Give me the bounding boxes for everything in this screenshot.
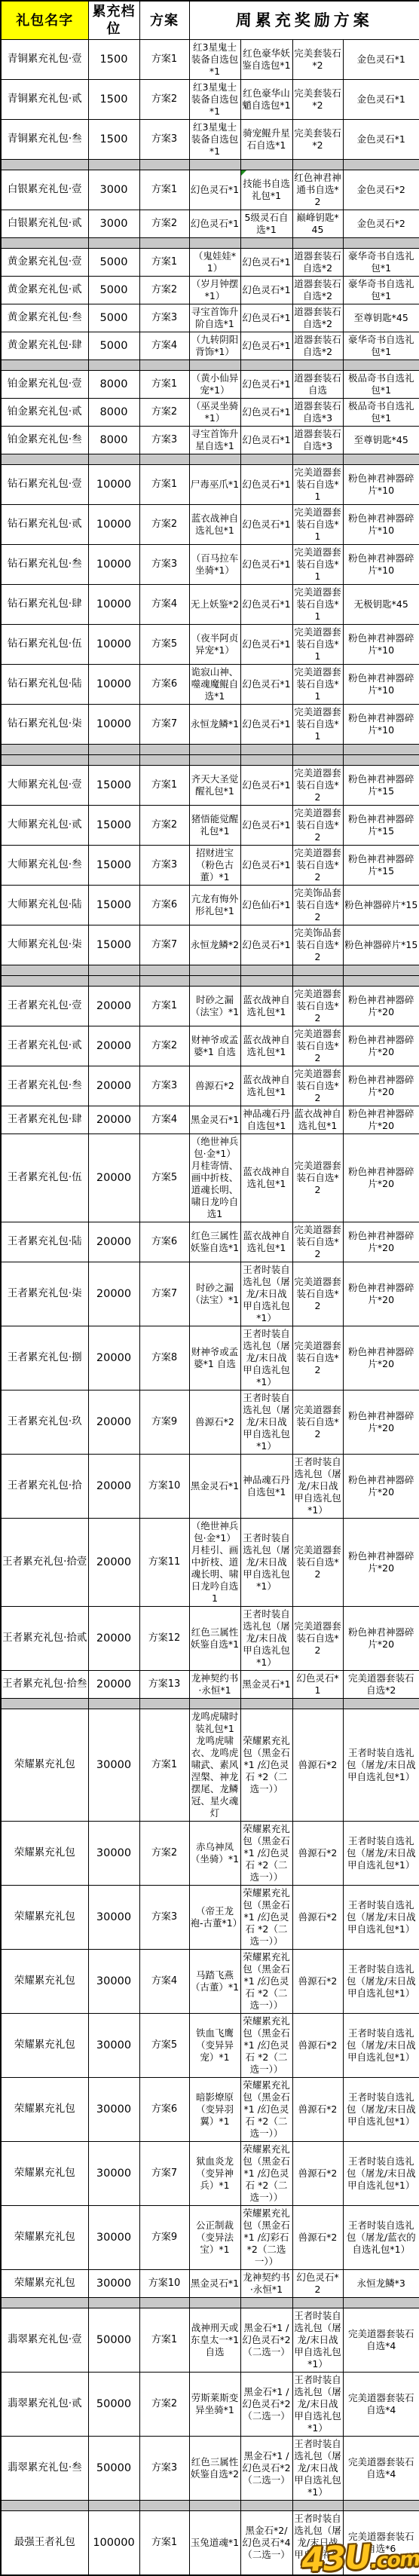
- reward-cell: 巅峰钥匙*45: [292, 210, 343, 238]
- separator-row: [1, 360, 419, 371]
- reward-cell: 蓝衣战神自选礼包*1: [240, 1134, 292, 1222]
- pack-name-cell: 黄金累充礼包·贰: [1, 277, 88, 304]
- reward-cell: 战神刑天或东皇太一*1 自选: [189, 2308, 240, 2373]
- pack-name-cell: 王者累充礼包·捌: [1, 1326, 88, 1390]
- pack-name-cell: 王者累充礼包·伍: [1, 1134, 88, 1222]
- separator-cell: [240, 745, 292, 755]
- separator-cell: [343, 1699, 419, 1709]
- reward-cell: 完美道器套装石自选*2: [292, 1066, 343, 1106]
- plan-cell: 方案7: [139, 705, 189, 745]
- reward-cell: 无上妖鉴*2: [189, 585, 240, 625]
- separator-row: [1, 2298, 419, 2308]
- reward-cell: 红色三属性妖鉴自选*1: [189, 1607, 240, 1671]
- separator-cell: [1, 454, 88, 465]
- reward-cell: 时砂之漏（法宝）*1: [189, 1262, 240, 1326]
- table-row: 王者累充礼包·壹20000方案1时砂之漏（法宝）*1蓝衣战神自选礼包*1完美道器…: [1, 987, 419, 1026]
- reward-cell: 粉色神君神器碎片*20: [343, 987, 419, 1026]
- reward-cell: 兽源石*2: [189, 1390, 240, 1455]
- reward-cell: 赤乌神凤（坐骑）*1: [189, 1822, 240, 1886]
- tier-cell: 30000: [88, 2270, 139, 2298]
- reward-cell: 红色三属性妖鉴自选*1: [189, 1222, 240, 1262]
- reward-cell: 永恒龙鳞*3: [343, 2270, 419, 2298]
- reward-cell: 幻色灵石*1: [240, 625, 292, 665]
- reward-cell: 蓝衣战神自选礼包*1: [240, 1222, 292, 1262]
- reward-cell: 荣耀累充礼包（黑金石*1 /幻色灵石 *2（二选一））: [240, 1709, 292, 1822]
- reward-cell: 完美道器套装石自选*2: [292, 1326, 343, 1390]
- separator-cell: [240, 1699, 292, 1709]
- table-row: 荣耀累充礼包30000方案4马踏飞燕（古董）*1荣耀累充礼包（黑金石*1 /幻色…: [1, 1950, 419, 2014]
- separator-cell: [343, 2298, 419, 2308]
- separator-cell: [1, 2501, 88, 2511]
- separator-cell: [343, 965, 419, 976]
- tier-cell: 20000: [88, 1519, 139, 1607]
- pack-name-cell: 荣耀累充礼包: [1, 1886, 88, 1950]
- reward-cell: 道器套装石自选*2: [292, 249, 343, 277]
- separator-cell: [189, 965, 240, 976]
- pack-name-cell: 荣耀累充礼包: [1, 2206, 88, 2270]
- plan-cell: 方案3: [139, 2437, 189, 2501]
- tier-cell: 20000: [88, 1026, 139, 1066]
- reward-cell: 红3星鬼士装备自选包*1: [189, 80, 240, 120]
- plan-cell: 方案8: [139, 1326, 189, 1390]
- pack-name-cell: 钻石累充礼包·柒: [1, 705, 88, 745]
- reward-cell: 金色灵石*2: [343, 210, 419, 238]
- table-row: 钻石累充礼包·肆10000方案4无上妖鉴*2幻色灵石*1完美道器套装石自选*1无…: [1, 585, 419, 625]
- separator-cell: [343, 238, 419, 249]
- reward-cell: 粉色神君神器碎片*10: [343, 625, 419, 665]
- reward-cell: 兽源石*2: [292, 2142, 343, 2206]
- pack-name-cell: 荣耀累充礼包: [1, 1822, 88, 1886]
- tier-cell: 20000: [88, 1671, 139, 1699]
- pack-name-cell: 铂金累充礼包·叁: [1, 427, 88, 454]
- separator-cell: [240, 360, 292, 371]
- tier-cell: 15000: [88, 925, 139, 965]
- separator-cell: [88, 976, 139, 987]
- reward-cell: 兽源石*2: [189, 1066, 240, 1106]
- reward-cell: 王者时装自选礼包（屠龙/末日战甲自选礼包*1）: [292, 2373, 343, 2437]
- plan-cell: 方案12: [139, 1607, 189, 1671]
- plan-cell: 方案4: [139, 585, 189, 625]
- reward-cell: 完美道器套装石自选*4: [343, 2308, 419, 2373]
- reward-cell: 幻色灵石*1: [240, 399, 292, 427]
- reward-cell: 幻色灵石*1: [189, 210, 240, 238]
- reward-cell: 王者时装自选礼包（屠龙/末日战甲自选礼包*1）: [343, 2014, 419, 2078]
- plan-cell: 方案10: [139, 1455, 189, 1519]
- plan-cell: 方案1: [139, 170, 189, 210]
- reward-cell: 兽源石*2: [292, 1709, 343, 1822]
- reward-cell: 粉色神君神器碎片*10: [343, 465, 419, 505]
- table-row: 最强王者礼包100000方案1玉兔道魂*1黑金石*2/幻色灵石*4（二选一）王者…: [1, 2511, 419, 2576]
- pack-name-cell: 翡翠累充礼包·贰: [1, 2373, 88, 2437]
- tier-cell: 8000: [88, 399, 139, 427]
- reward-cell: 荣耀累充礼包（黑金石*1 /幻色灵石 *2（二选一））: [240, 1886, 292, 1950]
- separator-cell: [139, 976, 189, 987]
- separator-cell: [240, 160, 292, 170]
- header-reward-plan: 周累充奖励方案: [189, 1, 419, 40]
- reward-cell: 王者时装自选礼包（屠龙/末日战甲自选礼包*1）: [292, 1455, 343, 1519]
- reward-cell: 完美道器套装石自选*2: [292, 806, 343, 846]
- table-row: 钻石累充礼包·叁10000方案3（百马拉车坐骑*1）幻色灵石*1完美道器套装石自…: [1, 545, 419, 585]
- pack-name-cell: 铂金累充礼包·贰: [1, 399, 88, 427]
- tier-cell: 100000: [88, 2511, 139, 2576]
- reward-cell: 道器套装石自选: [292, 371, 343, 399]
- reward-cell: 幻色灵石*2: [292, 2270, 343, 2298]
- separator-cell: [139, 160, 189, 170]
- tier-cell: 30000: [88, 1886, 139, 1950]
- reward-cell: 幻色灵石*1: [240, 465, 292, 505]
- reward-cell: （黄小仙异宠*1）: [189, 371, 240, 399]
- table-row: 钻石累充礼包·贰10000方案2蓝衣战神自选礼包*1幻色灵石*1完美道器套装石自…: [1, 505, 419, 545]
- reward-cell: （鬼娃娃*1）: [189, 249, 240, 277]
- table-row: 大师累充礼包·陆15000方案6亢龙有悔外形礼包*1幻色仙石*1完美饰品套装石自…: [1, 886, 419, 925]
- table-row: 王者累充礼包·叁20000方案3兽源石*2蓝衣战神自选礼包*1完美道器套装石自选…: [1, 1066, 419, 1106]
- separator-row: [1, 160, 419, 170]
- reward-cell: 极品奇书自选礼包*1: [343, 371, 419, 399]
- tier-cell: 8000: [88, 427, 139, 454]
- reward-cell: 粉色神君神器碎片*20: [343, 1607, 419, 1671]
- reward-cell: 龙神契约书·永恒*1: [240, 2270, 292, 2298]
- tier-cell: 50000: [88, 2373, 139, 2437]
- separator-cell: [343, 360, 419, 371]
- separator-cell: [1, 2298, 88, 2308]
- reward-cell: 荣耀累充礼包（黑金石*1 /幻色灵石 *2（二选一））: [240, 1822, 292, 1886]
- table-row: 大师累充礼包·叁15000方案3招财进宝（粉色古董）*1幻色灵石*1完美道器套装…: [1, 846, 419, 886]
- reward-cell: 粉色神君神器碎片*20: [343, 1106, 419, 1134]
- reward-cell: 完美道器套装石自选*1: [292, 665, 343, 705]
- table-row: 青铜累充礼包·贰1500方案2红3星鬼士装备自选包*1红色豪华山魈自选包*1完美…: [1, 80, 419, 120]
- reward-cell: 完美道器套装石自选*2: [292, 1026, 343, 1066]
- reward-cell: 黑金石*2/幻色灵石*4（二选一）: [240, 2511, 292, 2576]
- reward-cell: 兽源石*2: [292, 1822, 343, 1886]
- separator-row: [1, 976, 419, 987]
- table-row: 大师累充礼包·贰15000方案2猪悟能觉醒礼包*1幻色灵石*1完美道器套装石自选…: [1, 806, 419, 846]
- tier-cell: 10000: [88, 625, 139, 665]
- reward-cell: 完美道器套装石自选*1: [292, 465, 343, 505]
- reward-cell: 完美道器套装石自选*2: [292, 1390, 343, 1455]
- plan-cell: 方案2: [139, 1822, 189, 1886]
- reward-cell: 幻色灵石*1: [240, 806, 292, 846]
- pack-name-cell: 王者累充礼包·拾叁: [1, 1671, 88, 1699]
- table-row: 青铜累充礼包·叁1500方案3红3星鬼士装备自选包*1骑宠鲲升星石自选*1完美套…: [1, 120, 419, 160]
- pack-name-cell: 荣耀累充礼包: [1, 2142, 88, 2206]
- reward-cell: 王者时装自选礼包（屠龙/末日战甲自选礼包*1）: [240, 1390, 292, 1455]
- separator-cell: [240, 454, 292, 465]
- table-row: 荣耀累充礼包30000方案1龙鸣虎啸时装礼包*1 龙鸣虎啸衣、龙鸣虎啸武、素风涅…: [1, 1709, 419, 1822]
- reward-cell: 王者时装自选礼包（屠龙/末日战甲自选礼包*1）: [292, 2511, 343, 2576]
- separator-cell: [88, 2501, 139, 2511]
- table-row: 钻石累充礼包·柒10000方案7永恒龙鳞*1幻色灵石*1完美道器套装石自选*1粉…: [1, 705, 419, 745]
- reward-cell: 兽源石*2: [292, 2206, 343, 2270]
- reward-cell: 幻色灵石*1: [240, 925, 292, 965]
- separator-cell: [292, 976, 343, 987]
- reward-cell: 粉色神君神器碎片*20: [343, 1455, 419, 1519]
- table-row: 王者累充礼包·柒20000方案7时砂之漏（法宝）*1王者时装自选礼包（屠龙/末日…: [1, 1262, 419, 1326]
- plan-cell: 方案7: [139, 1262, 189, 1326]
- reward-cell: 公正制裁（变异法宝）*1: [189, 2206, 240, 2270]
- reward-cell: 红色豪华妖鉴自选包*1: [240, 40, 292, 80]
- reward-cell: 王者时装自选礼包（屠龙/末日战甲自选礼包*1）: [343, 1822, 419, 1886]
- reward-cell: 完美道器套装石自选*1: [292, 505, 343, 545]
- separator-cell: [139, 755, 189, 766]
- separator-cell: [343, 2501, 419, 2511]
- reward-cell: 幻色灵石*1: [240, 585, 292, 625]
- separator-cell: [189, 976, 240, 987]
- plan-cell: 方案4: [139, 1950, 189, 2014]
- table-row: 大师累充礼包·壹15000方案1齐天大圣觉醒礼包*1幻色灵石*1完美道器套装石自…: [1, 766, 419, 806]
- reward-cell: 至尊钥匙*45: [343, 427, 419, 454]
- table-row: 荣耀累充礼包30000方案7狱血炎龙（变异神兵）*1荣耀累充礼包（黑金石*1 /…: [1, 2142, 419, 2206]
- pack-name-cell: 王者累充礼包·拾: [1, 1455, 88, 1519]
- reward-cell: （绝世神兵包·金*1）月桂寄情、画中折枝、道魂长明、啸日龙吟自选1: [189, 1134, 240, 1222]
- separator-cell: [292, 2501, 343, 2511]
- reward-cell: 完美饰品套装石自选*2: [292, 886, 343, 925]
- table-body: 青铜累充礼包·壹1500方案1红3星鬼士装备自选包*1红色豪华妖鉴自选包*1完美…: [1, 40, 419, 2576]
- reward-cell: 粉色神君神器碎片*20: [343, 1066, 419, 1106]
- table-row: 荣耀累充礼包30000方案9公正制裁（变异法宝）*1荣耀累充礼包（黑金石*1 /…: [1, 2206, 419, 2270]
- reward-cell: 招财进宝（粉色古董）*1: [189, 846, 240, 886]
- reward-cell: 粉色神君神器碎片*15: [343, 806, 419, 846]
- reward-cell: 粉色神君神器碎片*15: [343, 846, 419, 886]
- tier-cell: 3000: [88, 170, 139, 210]
- separator-cell: [139, 1699, 189, 1709]
- tier-cell: 20000: [88, 1106, 139, 1134]
- pack-name-cell: 王者累充礼包·壹: [1, 987, 88, 1026]
- separator-cell: [1, 976, 88, 987]
- tier-cell: 15000: [88, 766, 139, 806]
- reward-cell: 兽源石*2: [292, 2078, 343, 2142]
- tier-cell: 30000: [88, 2206, 139, 2270]
- reward-cell: 荣耀累充礼包（黑金石*1 /幻色灵石 *2（二选一））: [240, 1950, 292, 2014]
- reward-cell: 荣耀累充礼包（黑金石*1 /幻彩石*2（二选一））: [240, 2206, 292, 2270]
- separator-cell: [139, 454, 189, 465]
- table-row: 王者累充礼包·拾壹20000方案11（绝世神兵包·金*1）月桂引、画中折枝、道魂…: [1, 1519, 419, 1607]
- reward-cell: 金色灵石*2: [343, 170, 419, 210]
- separator-cell: [292, 745, 343, 755]
- reward-cell: 马踏飞燕（古董）*1: [189, 1950, 240, 2014]
- tier-cell: 50000: [88, 2308, 139, 2373]
- header-pack-name: 礼包名字: [1, 1, 88, 40]
- separator-cell: [292, 238, 343, 249]
- separator-cell: [1, 160, 88, 170]
- tier-cell: 10000: [88, 585, 139, 625]
- reward-cell: 王者时装自选礼包（屠龙/末日战甲自选礼包*1）: [292, 2437, 343, 2501]
- pack-name-cell: 青铜累充礼包·叁: [1, 120, 88, 160]
- reward-cell: 王者时装自选礼包（屠龙/末日战甲自选礼包*1）: [343, 1886, 419, 1950]
- pack-name-cell: 荣耀累充礼包: [1, 2270, 88, 2298]
- reward-cell: 红3星鬼士装备自选包*1: [189, 40, 240, 80]
- reward-cell: 完美套装石*2: [292, 120, 343, 160]
- reward-cell: （帝王龙袍-古董*1）: [189, 1886, 240, 1950]
- reward-cell: 完美道器套装石自选*4: [343, 2373, 419, 2437]
- pack-name-cell: 钻石累充礼包·陆: [1, 665, 88, 705]
- reward-cell: 劳斯莱斯变异坐骑*1: [189, 2373, 240, 2437]
- separator-row: [1, 965, 419, 976]
- plan-cell: 方案1: [139, 2511, 189, 2576]
- tier-cell: 30000: [88, 2078, 139, 2142]
- reward-cell: 金色灵石*1: [343, 40, 419, 80]
- reward-cell: 蓝衣战神自选礼包*1: [189, 505, 240, 545]
- separator-cell: [292, 965, 343, 976]
- reward-cell: 蓝衣战神自选礼包*1: [240, 1066, 292, 1106]
- table-row: 荣耀累充礼包30000方案2赤乌神凤（坐骑）*1荣耀累充礼包（黑金石*1 /幻色…: [1, 1822, 419, 1886]
- pack-name-cell: 荣耀累充礼包: [1, 1950, 88, 2014]
- table-row: 荣耀累充礼包30000方案3（帝王龙袍-古董*1）荣耀累充礼包（黑金石*1 /幻…: [1, 1886, 419, 1950]
- table-row: 翡翠累充礼包·叁50000方案3红色三属性妖鉴自选*2黑金石*1 / 幻色灵石*…: [1, 2437, 419, 2501]
- reward-cell: 粉色神君神器碎片*20: [343, 1390, 419, 1455]
- tier-cell: 1500: [88, 120, 139, 160]
- reward-cell: 玉兔道魂*1: [189, 2511, 240, 2576]
- table-row: 大师累充礼包·柒15000方案7永恒龙鳞*2幻色灵石*1完美饰品套装石自选*2粉…: [1, 925, 419, 965]
- recharge-reward-table: 礼包名字 累充档位 方案 周累充奖励方案 青铜累充礼包·壹1500方案1红3星鬼…: [0, 0, 419, 2576]
- plan-cell: 方案9: [139, 2206, 189, 2270]
- plan-cell: 方案6: [139, 665, 189, 705]
- reward-cell: 王者时装自选礼包（屠龙/末日战甲自选礼包*1）: [240, 1326, 292, 1390]
- separator-cell: [292, 160, 343, 170]
- reward-cell: 极品奇书自选礼包*1: [343, 399, 419, 427]
- tier-cell: 20000: [88, 1455, 139, 1519]
- separator-cell: [189, 745, 240, 755]
- reward-cell: 粉色神君神器碎片*20: [343, 1262, 419, 1326]
- separator-cell: [88, 238, 139, 249]
- table-row: 王者累充礼包·拾贰20000方案12红色三属性妖鉴自选*1王者时装自选礼包（屠龙…: [1, 1607, 419, 1671]
- table-row: 荣耀累充礼包30000方案6暗影燎原（变异羽翼）*1荣耀累充礼包（黑金石*1 /…: [1, 2078, 419, 2142]
- separator-row: [1, 454, 419, 465]
- table-row: 王者累充礼包·伍20000方案5（绝世神兵包·金*1）月桂寄情、画中折枝、道魂长…: [1, 1134, 419, 1222]
- plan-cell: 方案3: [139, 846, 189, 886]
- separator-cell: [292, 1699, 343, 1709]
- reward-cell: 粉色神君神器碎片*20: [343, 1026, 419, 1066]
- reward-cell: 完美道器套装石自选*2: [292, 1134, 343, 1222]
- separator-cell: [1, 755, 88, 766]
- separator-cell: [240, 2501, 292, 2511]
- reward-cell: 幻色灵石*1: [240, 846, 292, 886]
- plan-cell: 方案13: [139, 1671, 189, 1699]
- reward-cell: 红3星鬼士装备自选包*1: [189, 120, 240, 160]
- separator-cell: [240, 2298, 292, 2308]
- reward-cell: 王者时装自选礼包（屠龙/末日战甲自选礼包*1）: [343, 1709, 419, 1822]
- tier-cell: 5000: [88, 277, 139, 304]
- table-row: 白银累充礼包·贰3000方案2幻色灵石*15级灵石自选*1巅峰钥匙*45金色灵石…: [1, 210, 419, 238]
- separator-cell: [1, 1699, 88, 1709]
- table-row: 荣耀累充礼包30000方案10黑金灵石*1龙神契约书·永恒*1幻色灵石*2永恒龙…: [1, 2270, 419, 2298]
- table-row: 翡翠累充礼包·贰50000方案2劳斯莱斯变异坐骑*1黑金石*1 / 幻色灵石*2…: [1, 2373, 419, 2437]
- reward-cell: 幻色灵石*1: [240, 766, 292, 806]
- reward-cell: 寻宝首饰升阶自选*1: [189, 304, 240, 332]
- tier-cell: 10000: [88, 705, 139, 745]
- separator-cell: [88, 160, 139, 170]
- plan-cell: 方案2: [139, 399, 189, 427]
- reward-cell: 财神爷或孟婆*1 自选: [189, 1026, 240, 1066]
- reward-cell: 王者时装自选礼包（屠龙/末日战甲自选礼包*1）: [343, 2142, 419, 2206]
- tier-cell: 30000: [88, 1709, 139, 1822]
- separator-cell: [139, 965, 189, 976]
- pack-name-cell: 荣耀累充礼包: [1, 2078, 88, 2142]
- tier-cell: 1500: [88, 40, 139, 80]
- reward-cell: 幻色灵石*1: [240, 371, 292, 399]
- reward-cell: 幻色灵石*1: [240, 505, 292, 545]
- reward-cell: 暗影燎原（变异羽翼）*1: [189, 2078, 240, 2142]
- reward-cell: 王者时装自选礼包（屠龙/末日战甲自选礼包*1）: [240, 1607, 292, 1671]
- separator-cell: [1, 360, 88, 371]
- separator-row: [1, 2501, 419, 2511]
- pack-name-cell: 王者累充礼包·贰: [1, 1026, 88, 1066]
- separator-cell: [88, 360, 139, 371]
- table-row: 黄金累充礼包·壹5000方案1（鬼娃娃*1）幻色灵石*1道器套装石自选*2豪华奇…: [1, 249, 419, 277]
- reward-cell: 幻色灵石*1: [240, 665, 292, 705]
- plan-cell: 方案1: [139, 40, 189, 80]
- reward-cell: 亢龙有悔外形礼包*1: [189, 886, 240, 925]
- tier-cell: 10000: [88, 545, 139, 585]
- pack-name-cell: 黄金累充礼包·壹: [1, 249, 88, 277]
- separator-cell: [189, 360, 240, 371]
- plan-cell: 方案1: [139, 1709, 189, 1822]
- reward-cell: 王者时装自选礼包（屠龙/末日战甲自选礼包*1）: [292, 2308, 343, 2373]
- table-row: 王者累充礼包·拾叁20000方案13龙神契约书·永恒*1黑金灵石*1幻色灵石*1…: [1, 1671, 419, 1699]
- pack-name-cell: 青铜累充礼包·贰: [1, 80, 88, 120]
- reward-cell: （巫灵坐骑*1）: [189, 399, 240, 427]
- plan-cell: 方案5: [139, 2014, 189, 2078]
- reward-cell: 蓝衣战神自选礼包*1: [292, 1106, 343, 1134]
- separator-row: [1, 1699, 419, 1709]
- table-row: 钻石累充礼包·伍10000方案5（夜半阿贞异宠*1）幻色灵石*1完美道器套装石自…: [1, 625, 419, 665]
- reward-cell: 道器套装石自选*2: [292, 304, 343, 332]
- reward-cell: 无极钥匙*45: [343, 585, 419, 625]
- pack-name-cell: 白银累充礼包·壹: [1, 170, 88, 210]
- table-row: 钻石累充礼包·陆10000方案6诡寂山神、噬魂魔鲲自选*1幻色灵石*1完美道器套…: [1, 665, 419, 705]
- table-row: 王者累充礼包·捌20000方案8财神爷或孟婆*1 自选王者时装自选礼包（屠龙/末…: [1, 1326, 419, 1390]
- table-row: 黄金累充礼包·叁5000方案3寻宝首饰升阶自选*1幻色灵石*1道器套装石自选*2…: [1, 304, 419, 332]
- pack-name-cell: 王者累充礼包·拾壹: [1, 1519, 88, 1607]
- reward-cell: （绝世神兵包·金*1）月桂引、画中折枝、道魂长明、啸日龙吟自选1: [189, 1519, 240, 1607]
- pack-name-cell: 白银累充礼包·贰: [1, 210, 88, 238]
- table-row: 荣耀累充礼包30000方案5铁血飞鹰（变异异宠）*1荣耀累充礼包（黑金石*1 /…: [1, 2014, 419, 2078]
- tier-cell: 20000: [88, 1607, 139, 1671]
- reward-cell: 幻色灵石*1: [292, 1671, 343, 1699]
- pack-name-cell: 翡翠累充礼包·叁: [1, 2437, 88, 2501]
- tier-cell: 3000: [88, 210, 139, 238]
- separator-cell: [88, 745, 139, 755]
- tier-cell: 30000: [88, 2014, 139, 2078]
- reward-cell: 兽源石*2: [292, 2014, 343, 2078]
- table-row: 铂金累充礼包·壹8000方案1（黄小仙异宠*1）幻色灵石*1道器套装石自选极品奇…: [1, 371, 419, 399]
- tier-cell: 20000: [88, 1262, 139, 1326]
- reward-cell: 完美道器套装石自选*4: [343, 2437, 419, 2501]
- pack-name-cell: 王者累充礼包·柒: [1, 1262, 88, 1326]
- separator-cell: [343, 976, 419, 987]
- plan-cell: 方案3: [139, 120, 189, 160]
- separator-cell: [139, 745, 189, 755]
- pack-name-cell: 钻石累充礼包·壹: [1, 465, 88, 505]
- table-row: 黄金累充礼包·肆5000方案4（九转阴阳背饰*1）幻色灵石*1道器套装石自选*2…: [1, 332, 419, 360]
- reward-cell: 粉色神君神器碎片*10: [343, 665, 419, 705]
- reward-cell: 5级灵石自选*1: [240, 210, 292, 238]
- pack-name-cell: 铂金累充礼包·壹: [1, 371, 88, 399]
- pack-name-cell: 钻石累充礼包·伍: [1, 625, 88, 665]
- separator-cell: [343, 745, 419, 755]
- reward-cell: 寻宝首饰升星自选*1: [189, 427, 240, 454]
- separator-cell: [189, 160, 240, 170]
- separator-cell: [1, 965, 88, 976]
- plan-cell: 方案11: [139, 1519, 189, 1607]
- pack-name-cell: 翡翠累充礼包·壹: [1, 2308, 88, 2373]
- reward-cell: 金色灵石*1: [343, 120, 419, 160]
- table-row: 黄金累充礼包·贰5000方案2（岁月钟摆*1）幻色灵石*1道器套装石自选*2豪华…: [1, 277, 419, 304]
- table-row: 铂金累充礼包·贰8000方案2（巫灵坐骑*1）幻色灵石*1道器套装石自选*3极品…: [1, 399, 419, 427]
- reward-cell: 幻色灵石*1: [240, 304, 292, 332]
- reward-cell: 红色豪华山魈自选包*1: [240, 80, 292, 120]
- plan-cell: 方案9: [139, 1390, 189, 1455]
- reward-cell: 完美道器套装石自选*1: [292, 705, 343, 745]
